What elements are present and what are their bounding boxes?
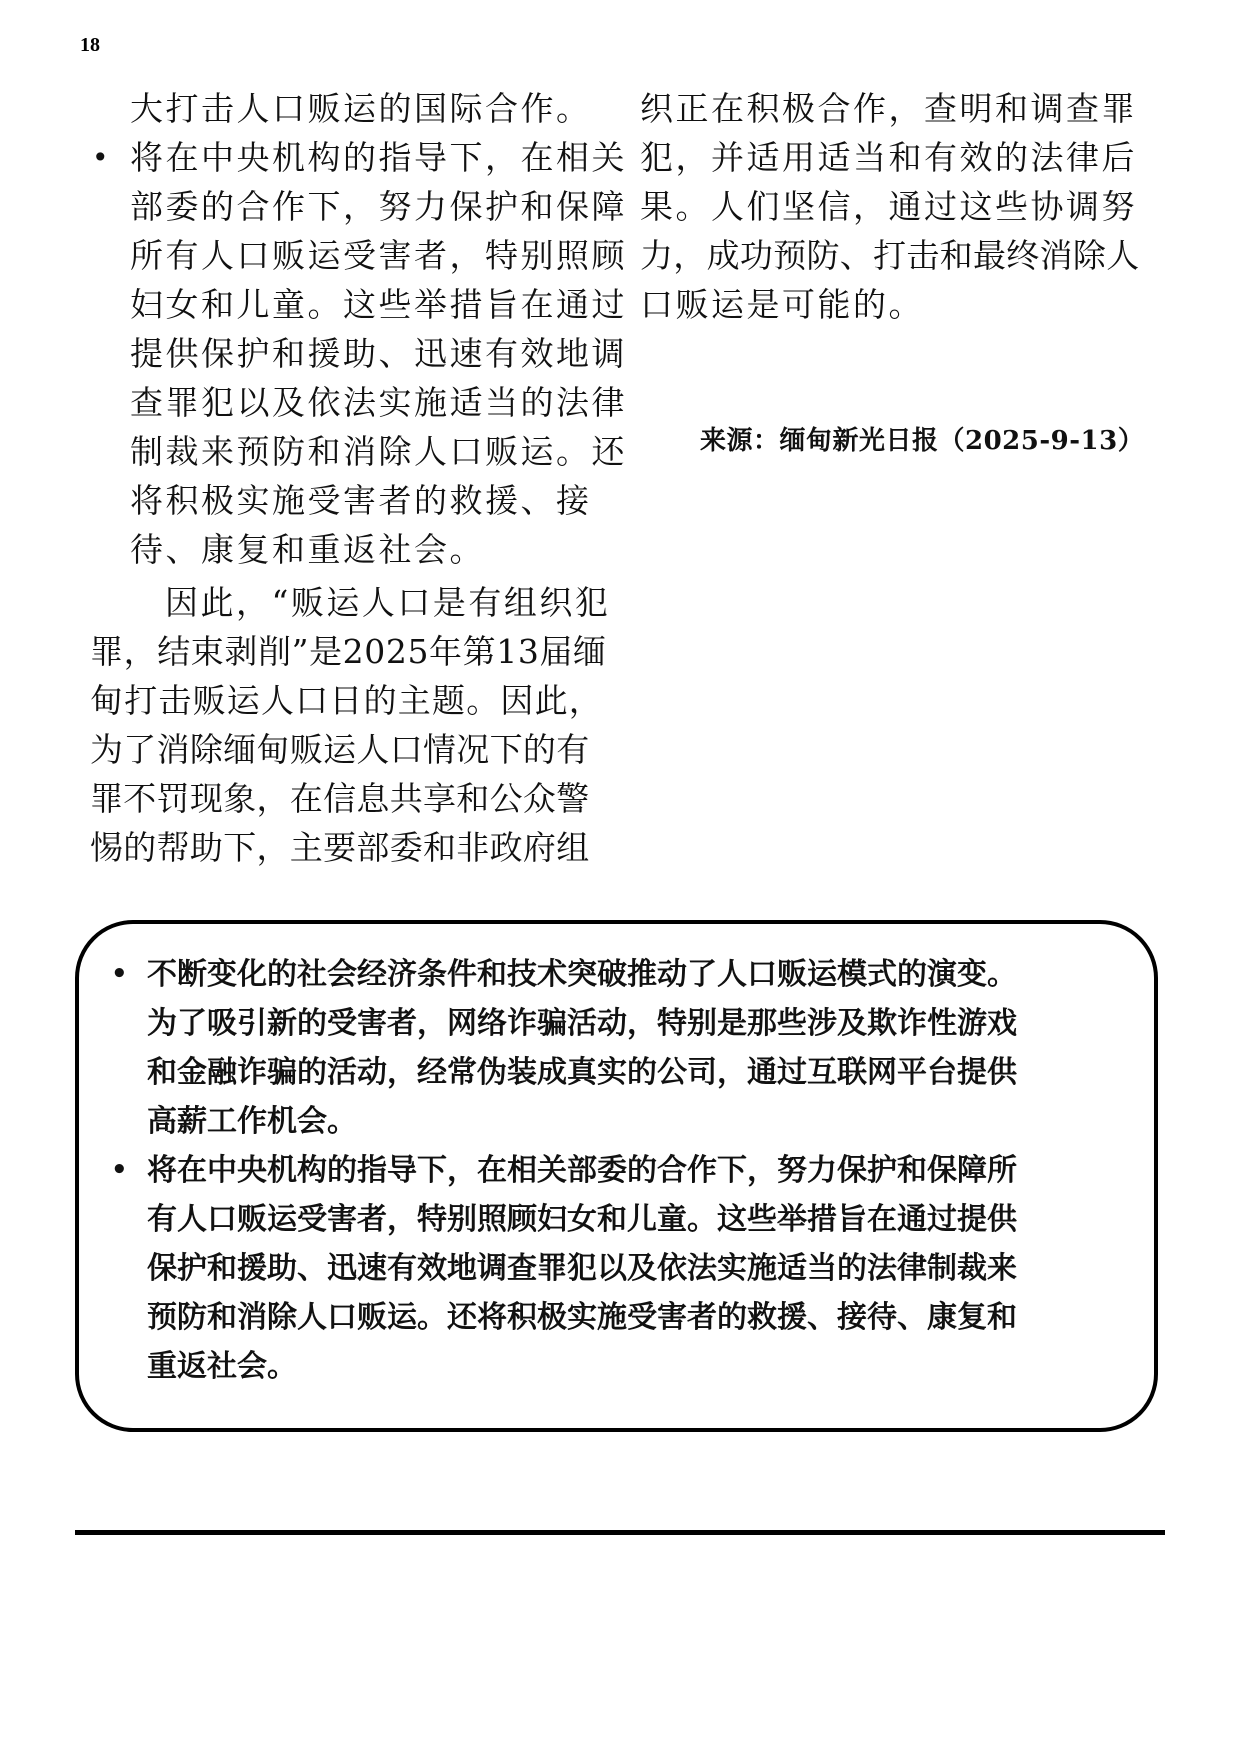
continuation-line: 大打击人口贩运的国际合作。 (90, 84, 610, 133)
summary-line: 高薪工作机会。 (147, 1097, 1134, 1146)
summary-item: • 不断变化的社会经济条件和技术突破推动了人口贩运模式的演变。 为了吸引新的受害… (111, 950, 1134, 1146)
bullet-icon: • (111, 1146, 128, 1195)
bullet-text-line: 妇女和儿童。这些举措旨在通过 (130, 280, 610, 329)
right-text-line: 力，成功预防、打击和最终消除人 (640, 231, 1160, 280)
page-number: 18 (80, 34, 100, 57)
paragraph-line: 惕的帮助下，主要部委和非政府组 (90, 823, 610, 872)
paragraph-line: 为了消除缅甸贩运人口情况下的有 (90, 725, 610, 774)
bullet-text-line: 制裁来预防和消除人口贩运。还 (130, 427, 610, 476)
paragraph-line: 罪不罚现象，在信息共享和公众警 (90, 774, 610, 823)
summary-line: 重返社会。 (147, 1342, 1134, 1391)
summary-item: • 将在中央机构的指导下，在相关部委的合作下，努力保护和保障所 有人口贩运受害者… (111, 1146, 1134, 1391)
summary-list: • 不断变化的社会经济条件和技术突破推动了人口贩运模式的演变。 为了吸引新的受害… (111, 950, 1134, 1391)
summary-box: • 不断变化的社会经济条件和技术突破推动了人口贩运模式的演变。 为了吸引新的受害… (75, 920, 1158, 1432)
right-column: 织正在积极合作，查明和调查罪 犯，并适用适当和有效的法律后 果。人们坚信，通过这… (640, 84, 1160, 329)
summary-line: 有人口贩运受害者，特别照顾妇女和儿童。这些举措旨在通过提供 (147, 1195, 1134, 1244)
summary-line: 为了吸引新的受害者，网络诈骗活动，特别是那些涉及欺诈性游戏 (147, 999, 1134, 1048)
summary-line: 将在中央机构的指导下，在相关部委的合作下，努力保护和保障所 (147, 1146, 1134, 1195)
bottom-divider (75, 1530, 1165, 1535)
right-text-line: 织正在积极合作，查明和调查罪 (640, 84, 1160, 133)
summary-line: 和金融诈骗的活动，经常伪装成真实的公司，通过互联网平台提供 (147, 1048, 1134, 1097)
left-column: 大打击人口贩运的国际合作。 • 将在中央机构的指导下，在相关 部委的合作下，努力… (90, 84, 610, 872)
right-text-line: 果。人们坚信，通过这些协调努 (640, 182, 1160, 231)
summary-line: 不断变化的社会经济条件和技术突破推动了人口贩运模式的演变。 (147, 950, 1134, 999)
paragraph-line: 甸打击贩运人口日的主题。因此， (90, 676, 610, 725)
bullet-text-line: 所有人口贩运受害者，特别照顾 (130, 231, 610, 280)
bullet-item: • 将在中央机构的指导下，在相关 部委的合作下，努力保护和保障 所有人口贩运受害… (90, 133, 610, 574)
summary-line: 保护和援助、迅速有效地调查罪犯以及依法实施适当的法律制裁来 (147, 1244, 1134, 1293)
bullet-text-line: 提供保护和援助、迅速有效地调 (130, 329, 610, 378)
bullet-text-line: 待、康复和重返社会。 (130, 525, 610, 574)
bullet-text-line: 将在中央机构的指导下，在相关 (130, 133, 610, 182)
right-text-line: 口贩运是可能的。 (640, 280, 1160, 329)
bullet-icon: • (92, 133, 111, 182)
source-citation: 来源：缅甸新光日报（2025-9-13） (700, 420, 1144, 457)
bullet-icon: • (111, 950, 128, 999)
paragraph: 因此，“贩运人口是有组织犯 罪，结束剥削”是2025年第13届缅 甸打击贩运人口… (90, 578, 610, 872)
bullet-text-line: 将积极实施受害者的救援、接 (130, 476, 610, 525)
paragraph-line: 罪，结束剥削”是2025年第13届缅 (90, 627, 610, 676)
paragraph-line: 因此，“贩运人口是有组织犯 (90, 578, 610, 627)
summary-line: 预防和消除人口贩运。还将积极实施受害者的救援、接待、康复和 (147, 1293, 1134, 1342)
bullet-text-line: 查罪犯以及依法实施适当的法律 (130, 378, 610, 427)
right-text-line: 犯，并适用适当和有效的法律后 (640, 133, 1160, 182)
bullet-text-line: 部委的合作下，努力保护和保障 (130, 182, 610, 231)
